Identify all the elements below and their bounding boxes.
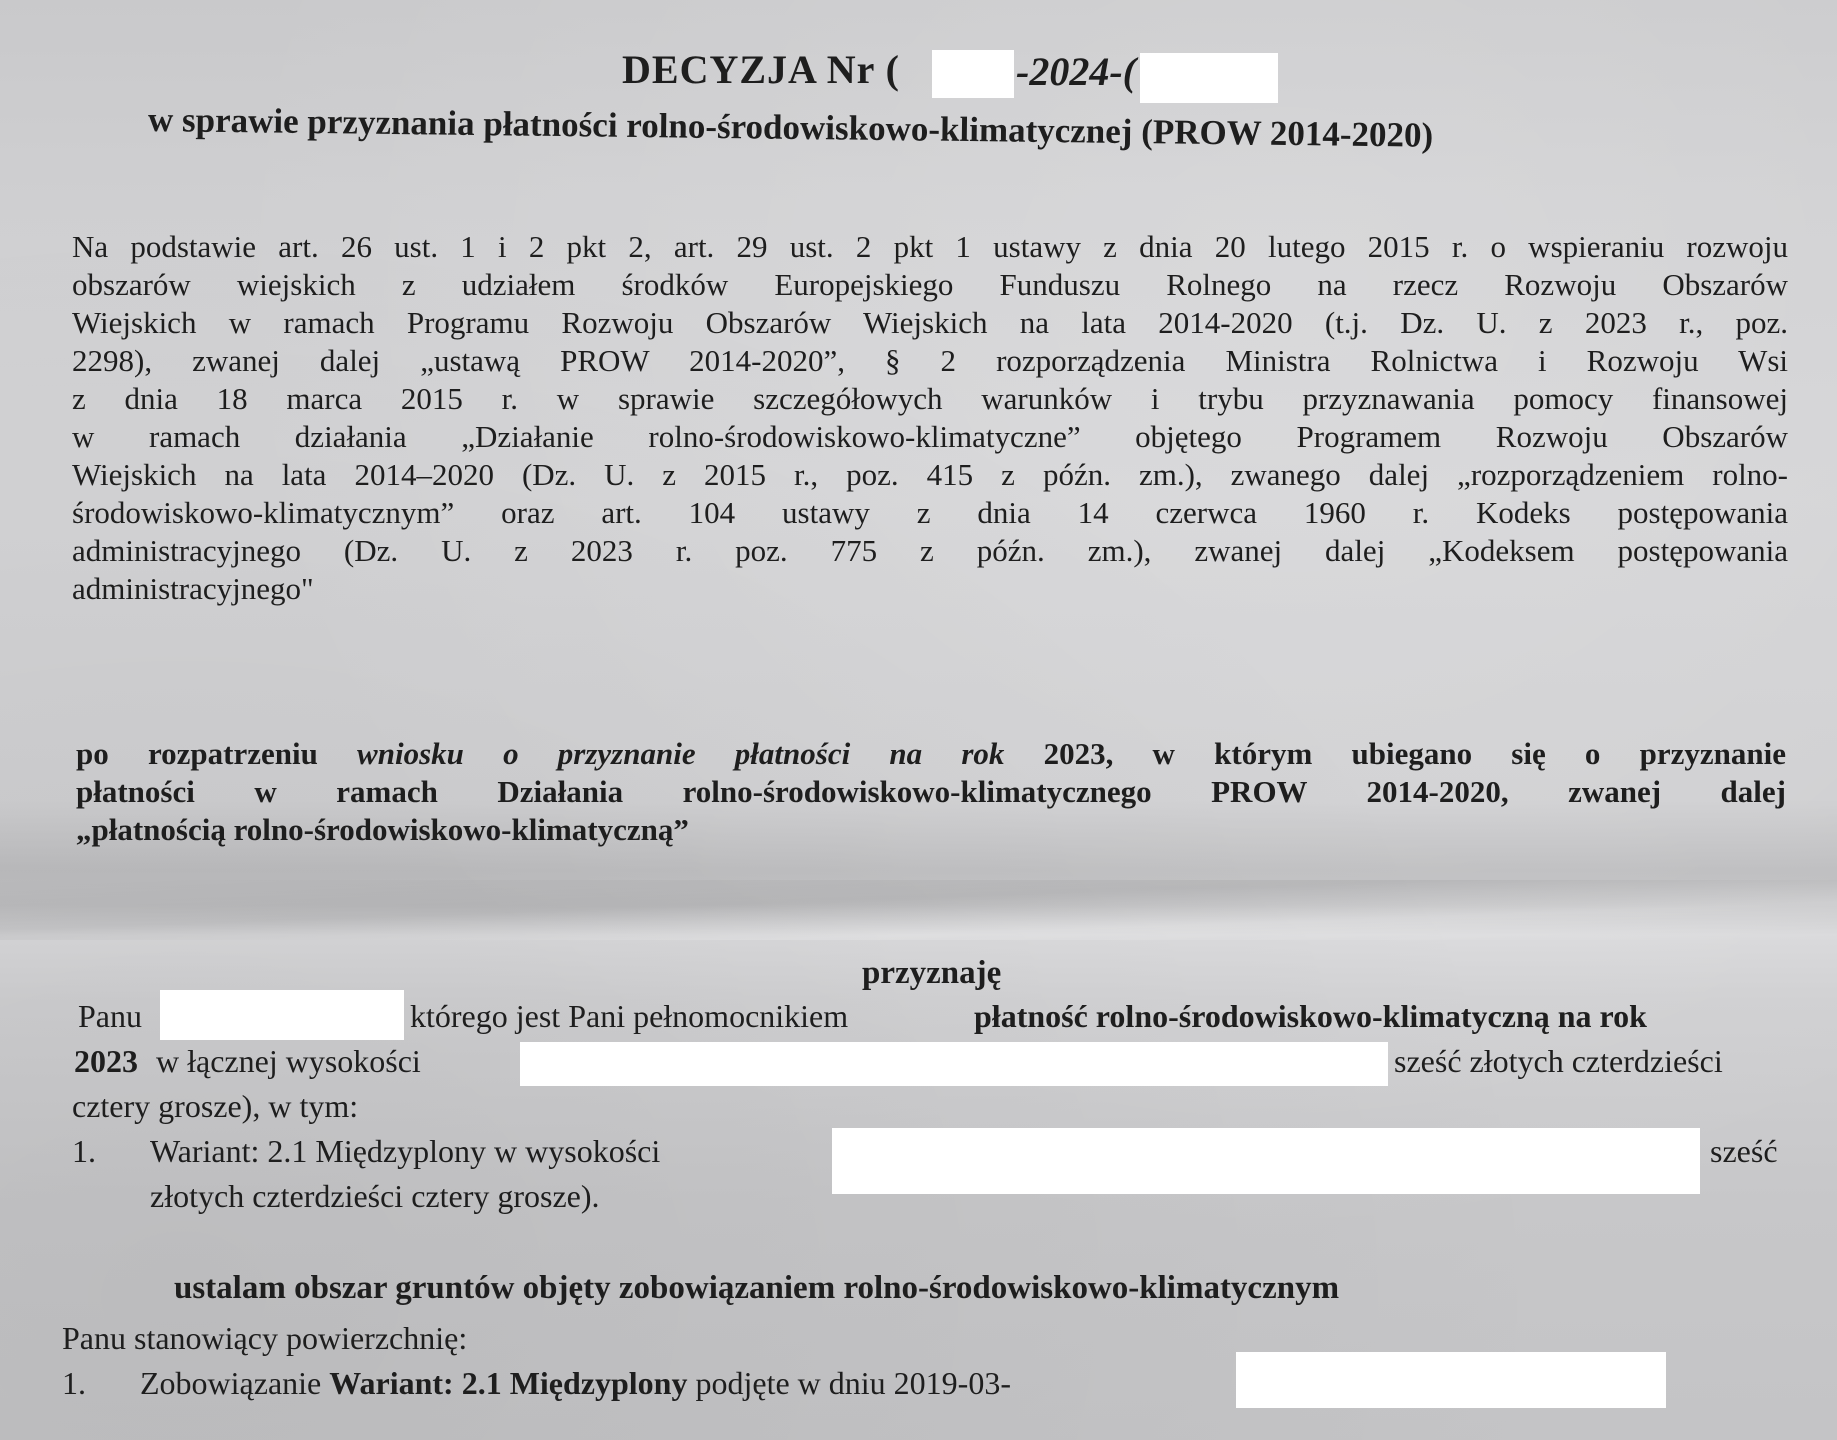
paper-lighting xyxy=(0,0,1837,1440)
consideration-line-2: płatności w ramach Działania rolno-środo… xyxy=(76,773,1786,811)
decision-title: DECYZJA Nr ( xyxy=(622,46,900,93)
redacted-variant-amount xyxy=(832,1128,1700,1194)
grant-line-2-mid: w łącznej wysokości xyxy=(156,1043,421,1080)
paper-fold xyxy=(0,880,1837,940)
grant-line-3: cztery grosze), w tym: xyxy=(72,1088,358,1125)
consideration-text: 2023, w którym ubiegano się o przyznanie xyxy=(1004,736,1786,771)
redacted-commitment-date xyxy=(1236,1352,1666,1408)
area-item-variant: Wariant: 2.1 Międzyplony xyxy=(329,1365,687,1401)
grant-item-1: 1.Wariant: 2.1 Międzyplony w wysokości xyxy=(72,1133,660,1170)
title-year: -2024-( xyxy=(1016,48,1136,95)
consideration-line-3: „płatnością rolno-środowiskowo-klimatycz… xyxy=(76,811,1786,849)
title-paren-2: ( xyxy=(1123,49,1136,94)
grant-item-1-continuation: złotych czterdzieści cztery grosze). xyxy=(150,1178,600,1215)
decision-subtitle: w sprawie przyznania płatności rolno-śro… xyxy=(148,100,1434,156)
area-item-text: Zobowiązanie xyxy=(140,1365,321,1401)
legal-basis-line: Na podstawie art. 26 ust. 1 i 2 pkt 2, a… xyxy=(72,228,1788,266)
grant-item-text: Wariant: 2.1 Międzyplony w wysokości xyxy=(150,1133,660,1169)
list-number: 1. xyxy=(72,1133,150,1170)
grant-item-1-end: sześć xyxy=(1710,1133,1778,1170)
legal-basis-line: obszarów wiejskich z udziałem środków Eu… xyxy=(72,266,1788,304)
legal-basis-line: 2298), zwanej dalej „ustawą PROW 2014-20… xyxy=(72,342,1788,380)
consideration-text: po rozpatrzeniu xyxy=(76,736,357,771)
grant-line-2-end: sześć złotych czterdzieści xyxy=(1394,1043,1723,1080)
legal-basis-line: administracyjnego (Dz. U. z 2023 r. poz.… xyxy=(72,532,1788,570)
grant-line-1-bold: płatność rolno-środowiskowo-klimatyczną … xyxy=(974,998,1647,1035)
redacted-decision-number-part1 xyxy=(932,50,1014,98)
legal-basis-line: w ramach działania „Działanie rolno-środ… xyxy=(72,418,1788,456)
area-heading: ustalam obszar gruntów objęty zobowiązan… xyxy=(174,1270,1339,1307)
legal-basis-paragraph: Na podstawie art. 26 ust. 1 i 2 pkt 2, a… xyxy=(72,228,1788,608)
redacted-recipient-name xyxy=(160,990,404,1040)
area-item-1: 1.Zobowiązanie Wariant: 2.1 Międzyplony … xyxy=(62,1365,1011,1402)
legal-basis-line: środowiskowo-klimatycznym” oraz art. 104… xyxy=(72,494,1788,532)
title-prefix: DECYZJA Nr xyxy=(622,47,875,92)
redacted-decision-number-part2 xyxy=(1140,53,1278,103)
area-item-date: podjęte w dniu 2019-03- xyxy=(695,1365,1011,1401)
redacted-total-amount xyxy=(520,1042,1388,1086)
consideration-line-1: po rozpatrzeniu wniosku o przyznanie pła… xyxy=(76,735,1786,773)
grant-heading: przyznaję xyxy=(862,955,1001,992)
grant-line-1-mid: którego jest Pani pełnomocnikiem xyxy=(410,998,848,1035)
title-paren: ( xyxy=(886,47,900,92)
consideration-italic-text: wniosku o przyznanie płatności na rok xyxy=(357,736,1004,771)
legal-basis-line: Wiejskich w ramach Programu Rozwoju Obsz… xyxy=(72,304,1788,342)
list-number: 1. xyxy=(62,1365,140,1402)
title-year-text: -2024- xyxy=(1016,49,1123,94)
grant-line-2-year: 2023 xyxy=(74,1043,138,1080)
area-intro: Panu stanowiący powierzchnię: xyxy=(62,1320,467,1357)
legal-basis-line: administracyjnego" xyxy=(72,570,1788,608)
consideration-paragraph: po rozpatrzeniu wniosku o przyznanie pła… xyxy=(76,735,1786,849)
grant-line-1-start: Panu xyxy=(78,998,142,1035)
legal-basis-line: z dnia 18 marca 2015 r. w sprawie szczeg… xyxy=(72,380,1788,418)
legal-basis-line: Wiejskich na lata 2014–2020 (Dz. U. z 20… xyxy=(72,456,1788,494)
